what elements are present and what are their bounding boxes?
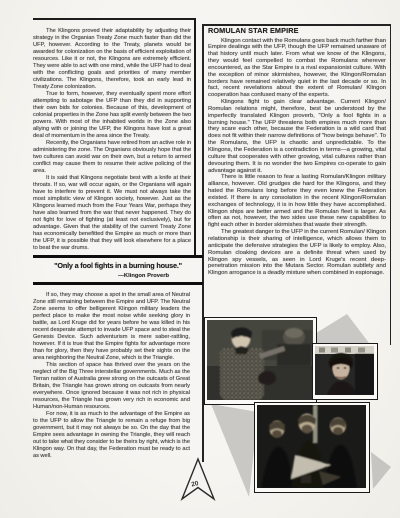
romulan-group-photo <box>254 402 370 493</box>
klingon-warriors-photo <box>204 317 317 405</box>
romulan-commander-photo <box>312 343 378 400</box>
scanned-book-page: The Klingons proved their adaptability b… <box>0 0 400 518</box>
starfleet-delta-page-number: 20 <box>178 457 218 503</box>
